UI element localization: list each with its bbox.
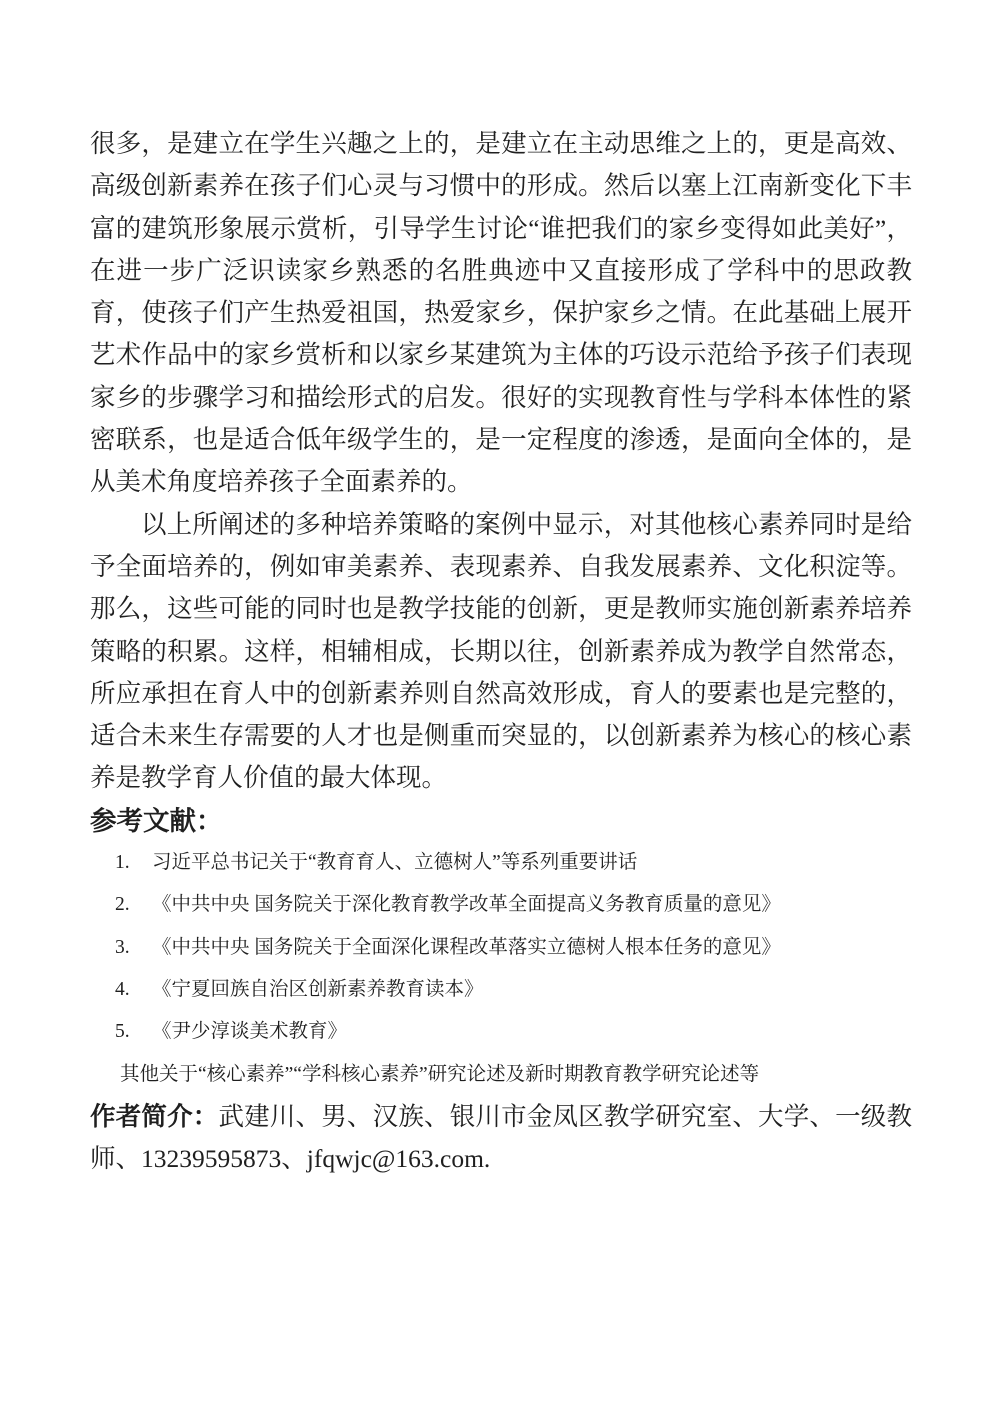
references-heading: 参考文献：	[90, 800, 912, 842]
paragraph-line: 策略的积累。这样，相辅相成，长期以往，创新素养成为教学自然常态，	[90, 631, 912, 673]
reference-number: 5.	[115, 1011, 152, 1053]
paragraph-line: 育，使孩子们产生热爱祖国，热爱家乡，保护家乡之情。在此基础上展开	[90, 292, 912, 334]
paragraph-line: 家乡的步骤学习和描绘形式的启发。很好的实现教育性与学科本体性的紧	[90, 377, 912, 419]
references-note: 其他关于“核心素养”“学科核心素养”研究论述及新时期教育教学研究论述等	[90, 1054, 912, 1096]
document-page: 很多，是建立在学生兴趣之上的，是建立在主动思维之上的，更是高效、 高级创新素养在…	[0, 0, 1000, 1414]
reference-item: 1.习近平总书记关于“教育育人、立德树人”等系列重要讲话	[90, 842, 912, 884]
reference-number: 3.	[115, 927, 152, 969]
reference-item: 2.《中共中央 国务院关于深化教育教学改革全面提高义务教育质量的意见》	[90, 884, 912, 926]
paragraph-line: 以上所阐述的多种培养策略的案例中显示，对其他核心素养同时是给	[90, 504, 912, 546]
paragraph-line: 密联系，也是适合低年级学生的，是一定程度的渗透，是面向全体的，是	[90, 419, 912, 461]
author-intro: 作者简介：武建川、男、汉族、银川市金凤区教学研究室、大学、一级教 师、13239…	[90, 1096, 912, 1181]
paragraph-line: 适合未来生存需要的人才也是侧重而突显的，以创新素养为核心的核心素	[90, 715, 912, 757]
paragraph-2: 以上所阐述的多种培养策略的案例中显示，对其他核心素养同时是给 予全面培养的，例如…	[90, 504, 912, 800]
reference-text: 习近平总书记关于“教育育人、立德树人”等系列重要讲话	[152, 842, 637, 884]
reference-text: 《中共中央 国务院关于全面深化课程改革落实立德树人根本任务的意见》	[152, 927, 781, 969]
reference-item: 3.《中共中央 国务院关于全面深化课程改革落实立德树人根本任务的意见》	[90, 927, 912, 969]
reference-item: 5.《尹少淳谈美术教育》	[90, 1011, 912, 1053]
paragraph-line: 高级创新素养在孩子们心灵与习惯中的形成。然后以塞上江南新变化下丰	[90, 165, 912, 207]
author-line: 作者简介：武建川、男、汉族、银川市金凤区教学研究室、大学、一级教	[90, 1096, 912, 1138]
paragraph-line: 从美术角度培养孩子全面素养的。	[90, 461, 912, 503]
paragraph-line: 养是教学育人价值的最大体现。	[90, 757, 912, 799]
paragraph-line: 予全面培养的，例如审美素养、表现素养、自我发展素养、文化积淀等。	[90, 546, 912, 588]
reference-item: 4.《宁夏回族自治区创新素养教育读本》	[90, 969, 912, 1011]
paragraph-line: 所应承担在育人中的创新素养则自然高效形成，育人的要素也是完整的，	[90, 673, 912, 715]
reference-text: 《宁夏回族自治区创新素养教育读本》	[152, 969, 484, 1011]
reference-number: 4.	[115, 969, 152, 1011]
paragraph-1: 很多，是建立在学生兴趣之上的，是建立在主动思维之上的，更是高效、 高级创新素养在…	[90, 123, 912, 504]
paragraph-line: 很多，是建立在学生兴趣之上的，是建立在主动思维之上的，更是高效、	[90, 123, 912, 165]
paragraph-line: 艺术作品中的家乡赏析和以家乡某建筑为主体的巧设示范给予孩子们表现	[90, 334, 912, 376]
reference-number: 2.	[115, 884, 152, 926]
author-intro-text: 武建川、男、汉族、银川市金凤区教学研究室、大学、一级教	[218, 1102, 912, 1131]
paragraph-line: 富的建筑形象展示赏析，引导学生讨论“谁把我们的家乡变得如此美好”，	[90, 208, 912, 250]
reference-number: 1.	[115, 842, 152, 884]
author-intro-label: 作者简介：	[90, 1102, 218, 1131]
page-content: 很多，是建立在学生兴趣之上的，是建立在主动思维之上的，更是高效、 高级创新素养在…	[90, 123, 912, 1180]
paragraph-line: 那么，这些可能的同时也是教学技能的创新，更是教师实施创新素养培养	[90, 588, 912, 630]
reference-text: 《尹少淳谈美术教育》	[152, 1011, 347, 1053]
author-line: 师、13239595873、jfqwjc@163.com.	[90, 1138, 912, 1180]
references-list: 1.习近平总书记关于“教育育人、立德树人”等系列重要讲话 2.《中共中央 国务院…	[90, 842, 912, 1053]
paragraph-line: 在进一步广泛识读家乡熟悉的名胜典迹中又直接形成了学科中的思政教	[90, 250, 912, 292]
reference-text: 《中共中央 国务院关于深化教育教学改革全面提高义务教育质量的意见》	[152, 884, 781, 926]
